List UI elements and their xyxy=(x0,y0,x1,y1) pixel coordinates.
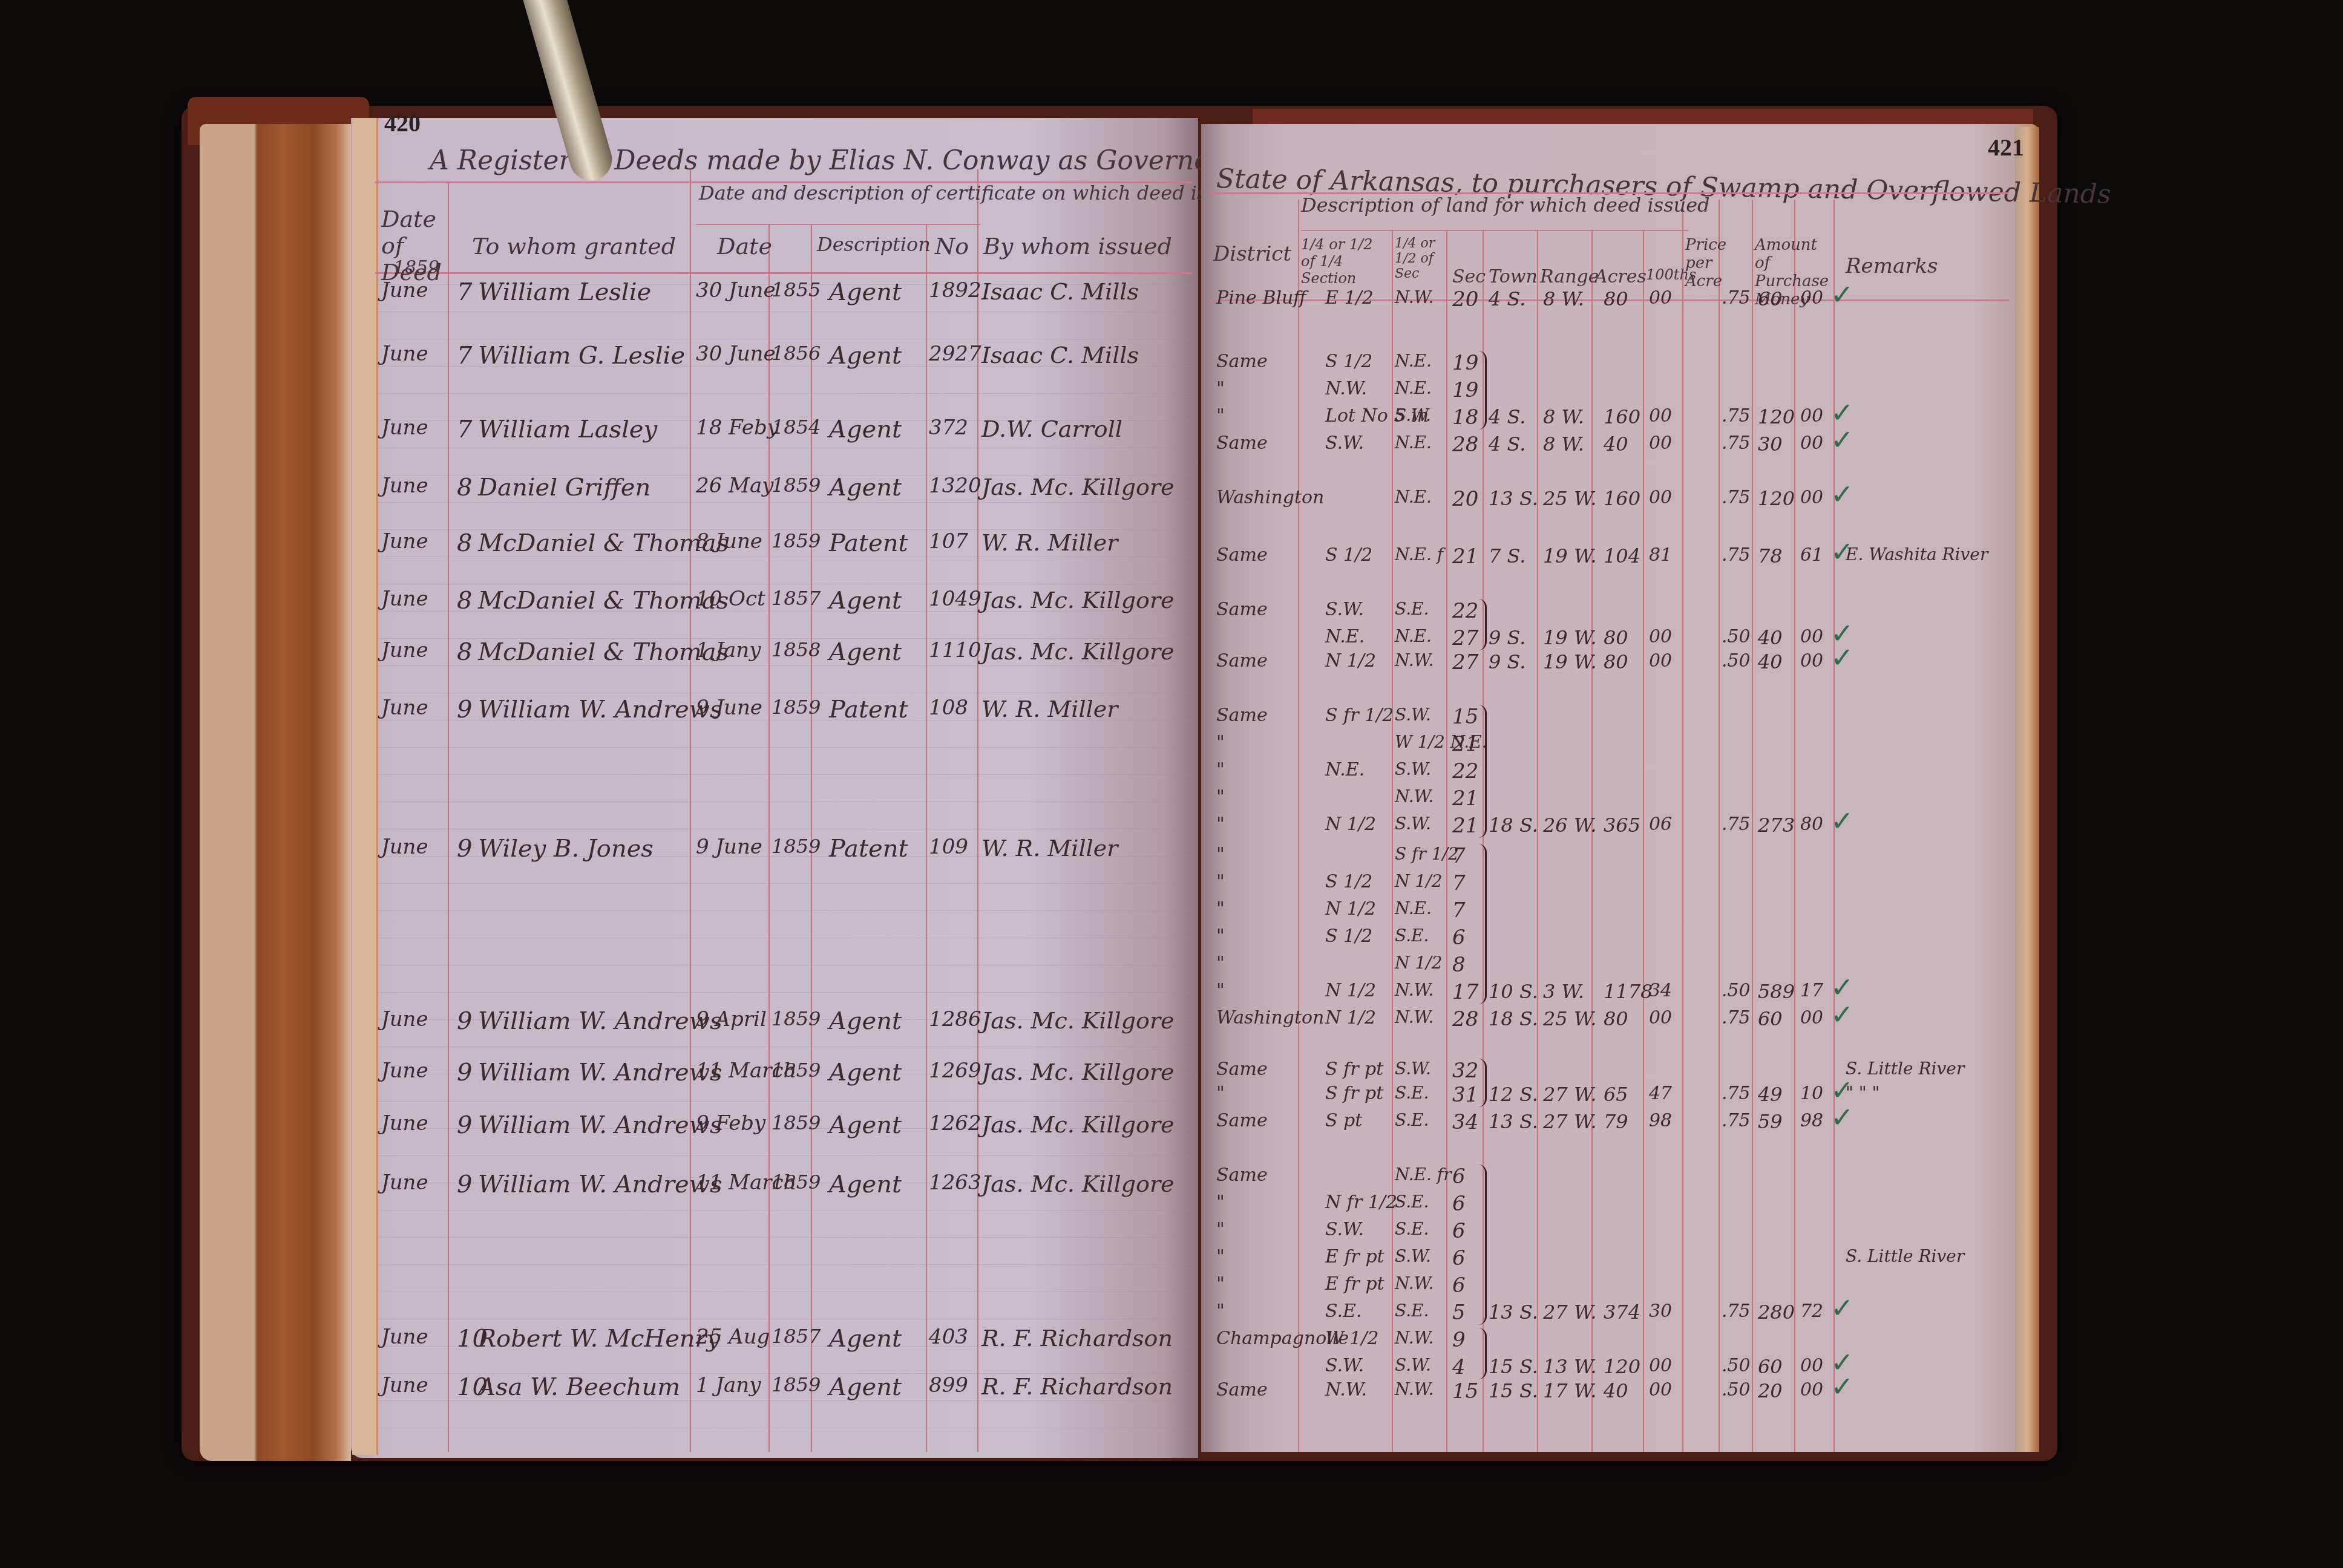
green-check-mark-icon: ✓ xyxy=(1830,998,1854,1031)
amount-dollars: 120 xyxy=(1758,487,1795,510)
district: " xyxy=(1216,814,1225,835)
remarks: " " " xyxy=(1846,1083,1879,1103)
district: " xyxy=(1216,1246,1225,1267)
cert-number: 1286 xyxy=(929,1007,981,1031)
section-number: 6 xyxy=(1452,1165,1466,1189)
issuer-name: Jas. Mc. Killgore xyxy=(981,1059,1175,1085)
range: 27 W. xyxy=(1543,1301,1596,1324)
col-header-quarter: 1/4 or 1/2 of Sec xyxy=(1395,236,1446,281)
left-page-margin-strip xyxy=(352,118,378,1455)
section-number: 21 xyxy=(1452,786,1478,811)
range: 17 W. xyxy=(1543,1379,1596,1402)
quarter-section: S.E. xyxy=(1395,1301,1429,1321)
part-section: E 1/2 xyxy=(1325,287,1374,309)
grouping-brace xyxy=(1476,1165,1487,1325)
district: Same xyxy=(1216,1059,1268,1080)
ruled-line xyxy=(376,747,1193,748)
cert-year: 1855 xyxy=(772,278,821,301)
district: Washington xyxy=(1216,1007,1324,1028)
acres: 40 xyxy=(1604,1379,1628,1402)
quarter-section: S.E. xyxy=(1395,1192,1429,1212)
price-per-acre: .50 xyxy=(1722,1379,1751,1400)
issuer-name: W. R. Miller xyxy=(981,696,1118,722)
township: 4 S. xyxy=(1489,433,1525,456)
quarter-section: S fr 1/2 xyxy=(1395,844,1459,864)
grouping-brace xyxy=(1476,1059,1487,1107)
deed-month: June xyxy=(381,342,428,366)
district: Same xyxy=(1216,433,1268,454)
issuer-name: Jas. Mc. Killgore xyxy=(981,1007,1175,1034)
grantee-name: William W. Andrews xyxy=(478,1171,722,1198)
cert-date: 30 June xyxy=(696,278,776,302)
section-number: 7 xyxy=(1452,871,1466,895)
page-stack-edge xyxy=(200,124,351,1461)
district: " xyxy=(1216,1083,1225,1104)
deed-month: June xyxy=(381,1171,428,1195)
section-number: 21 xyxy=(1452,544,1478,569)
acres-hundredths: 47 xyxy=(1649,1083,1672,1104)
cert-number: 1262 xyxy=(929,1111,981,1135)
section-number: 19 xyxy=(1452,351,1478,375)
cert-description: Agent xyxy=(829,1007,902,1035)
ruled-line xyxy=(376,1210,1193,1210)
section-number: 32 xyxy=(1452,1059,1478,1083)
col-header-remarks: Remarks xyxy=(1846,254,1938,278)
cert-number: 1320 xyxy=(929,474,981,498)
amount-dollars: 589 xyxy=(1758,980,1795,1003)
price-per-acre: .75 xyxy=(1722,544,1751,566)
cert-date: 9 June xyxy=(696,835,762,859)
acres-hundredths: 00 xyxy=(1649,1379,1672,1400)
part-section: S.W. xyxy=(1325,433,1364,454)
ruled-line xyxy=(376,693,1193,693)
grantee-name: Daniel Griffen xyxy=(478,474,650,501)
cert-year: 1859 xyxy=(772,1171,821,1194)
amount-cents: 00 xyxy=(1800,650,1823,671)
acres: 80 xyxy=(1604,1007,1628,1030)
cert-year: 1859 xyxy=(772,1059,821,1082)
quarter-section: N.W. xyxy=(1395,1273,1434,1293)
cert-year: 1856 xyxy=(772,342,821,365)
section-number: 28 xyxy=(1452,1007,1478,1031)
issuer-name: Isaac C. Mills xyxy=(981,342,1139,368)
amount-cents: 00 xyxy=(1800,1379,1823,1400)
quarter-section: N.W. xyxy=(1395,287,1434,307)
cert-description: Agent xyxy=(829,1059,902,1086)
quarter-section: N.W. xyxy=(1395,786,1434,806)
part-section: N 1/2 xyxy=(1325,898,1376,920)
cert-year: 1854 xyxy=(772,416,821,439)
range: 26 W. xyxy=(1543,814,1596,837)
amount-dollars: 280 xyxy=(1758,1301,1795,1324)
cert-date: 30 June xyxy=(696,342,776,366)
deed-month: June xyxy=(381,1111,428,1135)
cert-year: 1859 xyxy=(772,1373,821,1396)
cert-description: Agent xyxy=(829,587,902,615)
cert-date: 9 June xyxy=(696,696,762,720)
district: " xyxy=(1216,898,1225,920)
ruled-line xyxy=(376,883,1193,884)
right-page-edge xyxy=(2015,127,2039,1452)
remarks: S. Little River xyxy=(1846,1059,1964,1079)
district: " xyxy=(1216,759,1225,780)
green-check-mark-icon: ✓ xyxy=(1830,478,1854,511)
ruled-line xyxy=(376,393,1193,394)
cert-date: 25 Aug xyxy=(696,1325,770,1349)
acres-hundredths: 98 xyxy=(1649,1110,1672,1131)
part-section: S.W. xyxy=(1325,1355,1364,1376)
district: " xyxy=(1216,1273,1225,1295)
township: 4 S. xyxy=(1489,405,1525,428)
ruled-line xyxy=(376,910,1193,911)
green-check-mark-icon: ✓ xyxy=(1830,1292,1854,1324)
price-per-acre: .75 xyxy=(1722,287,1751,309)
issuer-name: Isaac C. Mills xyxy=(981,278,1139,305)
grantee-name: William W. Andrews xyxy=(478,1111,722,1139)
section-number: 6 xyxy=(1452,1246,1466,1270)
cert-description: Agent xyxy=(829,1171,902,1198)
col-divider xyxy=(1752,200,1753,1452)
cert-year: 1859 xyxy=(772,835,821,858)
quarter-section: S.E. xyxy=(1395,1110,1429,1130)
range: 19 W. xyxy=(1543,650,1596,673)
district: " xyxy=(1216,926,1225,947)
district: Washington xyxy=(1216,487,1324,508)
amount-dollars: 59 xyxy=(1758,1110,1783,1133)
grouping-brace xyxy=(1476,705,1487,838)
amount-dollars: 30 xyxy=(1758,433,1783,456)
township: 12 S. xyxy=(1489,1083,1538,1106)
district: " xyxy=(1216,953,1225,974)
district: " xyxy=(1216,844,1225,865)
ruled-line xyxy=(376,1264,1193,1265)
left-page xyxy=(351,118,1198,1458)
cert-description: Agent xyxy=(829,416,902,443)
grouping-brace xyxy=(1476,1328,1487,1379)
col-header-year: 1859 xyxy=(393,257,439,278)
acres: 79 xyxy=(1604,1110,1628,1133)
acres: 65 xyxy=(1604,1083,1628,1106)
amount-dollars: 49 xyxy=(1758,1083,1783,1106)
grantee-name: William Lasley xyxy=(478,416,657,443)
deed-month: June xyxy=(381,416,428,440)
section-number: 18 xyxy=(1452,405,1478,430)
district: " xyxy=(1216,405,1225,426)
part-section: S fr pt xyxy=(1325,1059,1383,1080)
amount-cents: 00 xyxy=(1800,487,1823,508)
range: 19 W. xyxy=(1543,544,1596,567)
district: " xyxy=(1216,871,1225,892)
part-section: S fr pt xyxy=(1325,1083,1383,1104)
district: Same xyxy=(1216,1165,1268,1186)
issuer-name: Jas. Mc. Killgore xyxy=(981,1171,1175,1197)
issuer-name: Jas. Mc. Killgore xyxy=(981,638,1175,665)
cert-year: 1859 xyxy=(772,1007,821,1030)
deed-month: June xyxy=(381,1059,428,1083)
section-number: 27 xyxy=(1452,626,1478,650)
quarter-section: N.W. xyxy=(1395,1328,1434,1348)
range: 19 W. xyxy=(1543,626,1596,649)
price-per-acre: .50 xyxy=(1722,650,1751,671)
range: 13 W. xyxy=(1543,1355,1596,1378)
township: 9 S. xyxy=(1489,626,1525,649)
section-number: 6 xyxy=(1452,1273,1466,1298)
col-header-range: Range xyxy=(1540,266,1599,287)
grantee-name: McDaniel & Thomas xyxy=(478,529,729,557)
price-per-acre: .50 xyxy=(1722,1355,1751,1376)
ruled-line xyxy=(376,1319,1193,1319)
part-section: N 1/2 xyxy=(1325,814,1376,835)
deed-month: June xyxy=(381,587,428,611)
grouping-brace xyxy=(1476,351,1487,430)
amount-dollars: 40 xyxy=(1758,626,1783,649)
price-per-acre: .75 xyxy=(1722,487,1751,508)
deed-month: June xyxy=(381,638,428,662)
quarter-section: N.W. xyxy=(1395,1379,1434,1399)
amount-dollars: 60 xyxy=(1758,1007,1783,1030)
acres: 80 xyxy=(1604,287,1628,310)
amount-dollars: 60 xyxy=(1758,287,1783,310)
part-section: E fr pt xyxy=(1325,1246,1384,1267)
township: 18 S. xyxy=(1489,814,1538,837)
district: " xyxy=(1216,1219,1225,1240)
acres: 365 xyxy=(1604,814,1640,837)
district: " xyxy=(1216,732,1225,753)
section-number: 19 xyxy=(1452,378,1478,402)
quarter-section: N.E. xyxy=(1395,626,1432,646)
range: 8 W. xyxy=(1543,287,1584,310)
part-section: N.E. xyxy=(1325,626,1365,647)
price-per-acre: .75 xyxy=(1722,433,1751,454)
acres: 160 xyxy=(1604,487,1640,510)
section-number: 6 xyxy=(1452,926,1466,950)
grouping-brace xyxy=(1476,599,1487,650)
district: " xyxy=(1216,378,1225,399)
acres: 40 xyxy=(1604,433,1628,456)
section-number: 31 xyxy=(1452,1083,1478,1107)
district: " xyxy=(1216,1192,1225,1213)
range: 27 W. xyxy=(1543,1083,1596,1106)
col-header-to-whom: To whom granted xyxy=(472,233,676,260)
issuer-name: R. F. Richardson xyxy=(981,1325,1173,1351)
col-divider xyxy=(1591,230,1593,1452)
cert-date: 26 May xyxy=(696,474,773,498)
part-section: S.W. xyxy=(1325,1219,1364,1240)
ruled-line xyxy=(376,312,1193,312)
deed-day: 9 xyxy=(457,1007,472,1035)
section-number: 22 xyxy=(1452,759,1478,783)
district: " xyxy=(1216,786,1225,808)
deed-day: 8 xyxy=(457,529,472,557)
ruled-line xyxy=(376,584,1193,584)
right-page-number: 421 xyxy=(1988,133,2024,162)
section-number: 15 xyxy=(1452,705,1478,729)
ruled-line xyxy=(376,502,1193,503)
ruled-line xyxy=(376,829,1193,829)
col-divider xyxy=(1682,200,1683,1452)
district: Same xyxy=(1216,599,1268,620)
issuer-name: Jas. Mc. Killgore xyxy=(981,474,1175,500)
deed-month: June xyxy=(381,1325,428,1349)
green-check-mark-icon: ✓ xyxy=(1830,278,1854,311)
cert-year: 1859 xyxy=(772,696,821,719)
range: 8 W. xyxy=(1543,405,1584,428)
price-per-acre: .75 xyxy=(1722,1110,1751,1131)
ruled-line xyxy=(376,1101,1193,1102)
district: Same xyxy=(1216,650,1268,671)
deed-month: June xyxy=(381,1007,428,1031)
col-header-price: Price per Acre xyxy=(1685,236,1752,290)
part-section: N.W. xyxy=(1325,1379,1367,1400)
issuer-name: D.W. Carroll xyxy=(981,416,1122,442)
ruled-line xyxy=(376,1155,1193,1156)
cert-number: 108 xyxy=(929,696,968,720)
price-per-acre: .75 xyxy=(1722,1301,1751,1322)
ruled-line xyxy=(376,448,1193,448)
section-number: 6 xyxy=(1452,1192,1466,1216)
cert-description: Agent xyxy=(829,474,902,501)
district: Same xyxy=(1216,705,1268,726)
district: Pine Bluff xyxy=(1216,287,1306,309)
issuer-name: R. F. Richardson xyxy=(981,1373,1173,1400)
part-section: S.W. xyxy=(1325,599,1364,620)
issuer-name: W. R. Miller xyxy=(981,835,1118,861)
acres: 374 xyxy=(1604,1301,1640,1324)
part-section: E fr pt xyxy=(1325,1273,1384,1295)
ruled-line xyxy=(376,992,1193,993)
amount-cents: 98 xyxy=(1800,1110,1823,1131)
deed-month: June xyxy=(381,529,428,554)
amount-cents: 00 xyxy=(1800,1007,1823,1028)
acres-hundredths: 00 xyxy=(1649,650,1672,671)
left-group-header: Date and description of certificate on w… xyxy=(699,181,1253,204)
cert-number: 1049 xyxy=(929,587,981,611)
part-section: N fr 1/2 xyxy=(1325,1192,1397,1213)
price-per-acre: .50 xyxy=(1722,626,1751,647)
col-header-acres: Acres xyxy=(1594,266,1647,287)
range: 27 W. xyxy=(1543,1110,1596,1133)
deed-day: 9 xyxy=(457,1171,472,1198)
grantee-name: William W. Andrews xyxy=(478,1059,722,1086)
range: 25 W. xyxy=(1543,1007,1596,1030)
cert-description: Agent xyxy=(829,1325,902,1353)
cert-description: Agent xyxy=(829,638,902,666)
section-number: 34 xyxy=(1452,1110,1478,1134)
quarter-section: N.W. xyxy=(1395,650,1434,670)
issuer-name: Jas. Mc. Killgore xyxy=(981,587,1175,613)
section-number: 8 xyxy=(1452,953,1466,977)
deed-day: 8 xyxy=(457,638,472,666)
quarter-section: S.W. xyxy=(1395,1246,1431,1266)
district: Same xyxy=(1216,1110,1268,1131)
rule-header-bottom xyxy=(375,272,1192,274)
cert-number: 403 xyxy=(929,1325,968,1349)
cert-date: 9 April xyxy=(696,1007,767,1031)
township: 13 S. xyxy=(1489,487,1538,510)
section-number: 21 xyxy=(1452,814,1478,838)
part-section: N 1/2 xyxy=(1325,1007,1376,1028)
page-title-left: A Register of Deeds made by Elias N. Con… xyxy=(430,145,1309,176)
col-divider xyxy=(690,169,691,1452)
grantee-name: McDaniel & Thomas xyxy=(478,587,729,615)
acres: 1178 xyxy=(1604,980,1653,1003)
quarter-section: N.E. f xyxy=(1395,544,1443,564)
cert-year: 1859 xyxy=(772,1111,821,1134)
acres-hundredths: 34 xyxy=(1649,980,1672,1001)
col-header-town: Town xyxy=(1489,266,1538,287)
part-section: W 1/2 xyxy=(1325,1328,1379,1349)
price-per-acre: .75 xyxy=(1722,1083,1751,1104)
issuer-name: W. R. Miller xyxy=(981,529,1118,556)
cert-year: 1858 xyxy=(772,638,821,661)
quarter-section: S.E. xyxy=(1395,599,1429,619)
acres-hundredths: 00 xyxy=(1649,287,1672,309)
section-number: 7 xyxy=(1452,898,1466,923)
cert-description: Patent xyxy=(829,529,908,557)
deed-month: June xyxy=(381,835,428,859)
grantee-name: Asa W. Beechum xyxy=(478,1373,680,1401)
quarter-section: N.E. xyxy=(1395,487,1432,507)
col-header-description: Description xyxy=(817,233,931,256)
grantee-name: William W. Andrews xyxy=(478,1007,722,1035)
section-number: 20 xyxy=(1452,487,1478,511)
grantee-name: McDaniel & Thomas xyxy=(478,638,729,666)
right-group-header: Description of land for which deed issue… xyxy=(1301,194,1710,217)
acres-hundredths: 30 xyxy=(1649,1301,1672,1322)
green-check-mark-icon: ✓ xyxy=(1830,1101,1854,1134)
amount-cents: 00 xyxy=(1800,433,1823,454)
amount-dollars: 78 xyxy=(1758,544,1783,567)
acres-hundredths: 06 xyxy=(1649,814,1672,835)
cert-number: 109 xyxy=(929,835,968,859)
amount-cents: 17 xyxy=(1800,980,1823,1001)
col-header-no: No xyxy=(935,233,969,260)
amount-cents: 00 xyxy=(1800,1355,1823,1376)
ruled-line xyxy=(376,938,1193,938)
ruled-line xyxy=(376,339,1193,339)
grantee-name: Robert W. McHenry xyxy=(478,1325,720,1353)
col-header-cert-date: Date xyxy=(717,233,772,260)
amount-dollars: 60 xyxy=(1758,1355,1783,1378)
deed-month: June xyxy=(381,278,428,302)
acres-hundredths: 00 xyxy=(1649,1355,1672,1376)
remarks: E. Washita River xyxy=(1846,544,1988,564)
quarter-section: S.W. xyxy=(1395,1355,1431,1375)
col-header-part-section: 1/4 or 1/2 of 1/4 Section xyxy=(1301,236,1389,287)
deed-month: June xyxy=(381,474,428,498)
township: 9 S. xyxy=(1489,650,1525,673)
cert-description: Agent xyxy=(829,1111,902,1139)
col-divider xyxy=(1298,200,1299,1452)
deed-day: 8 xyxy=(457,587,472,615)
ruled-line xyxy=(376,802,1193,802)
quarter-section: S.W. xyxy=(1395,705,1431,725)
district: " xyxy=(1216,980,1225,1001)
cert-number: 1892 xyxy=(929,278,981,302)
issuer-name: Jas. Mc. Killgore xyxy=(981,1111,1175,1138)
grantee-name: Wiley B. Jones xyxy=(478,835,654,863)
ruled-line xyxy=(376,965,1193,965)
cert-number: 2927 xyxy=(929,342,981,366)
township: 10 S. xyxy=(1489,980,1538,1003)
cert-number: 899 xyxy=(929,1373,968,1397)
acres: 160 xyxy=(1604,405,1640,428)
quarter-section: N.E. xyxy=(1395,898,1432,918)
amount-cents: 00 xyxy=(1800,287,1823,309)
left-page-number: 420 xyxy=(384,109,421,137)
col-divider xyxy=(1719,200,1720,1452)
township: 4 S. xyxy=(1489,287,1525,310)
